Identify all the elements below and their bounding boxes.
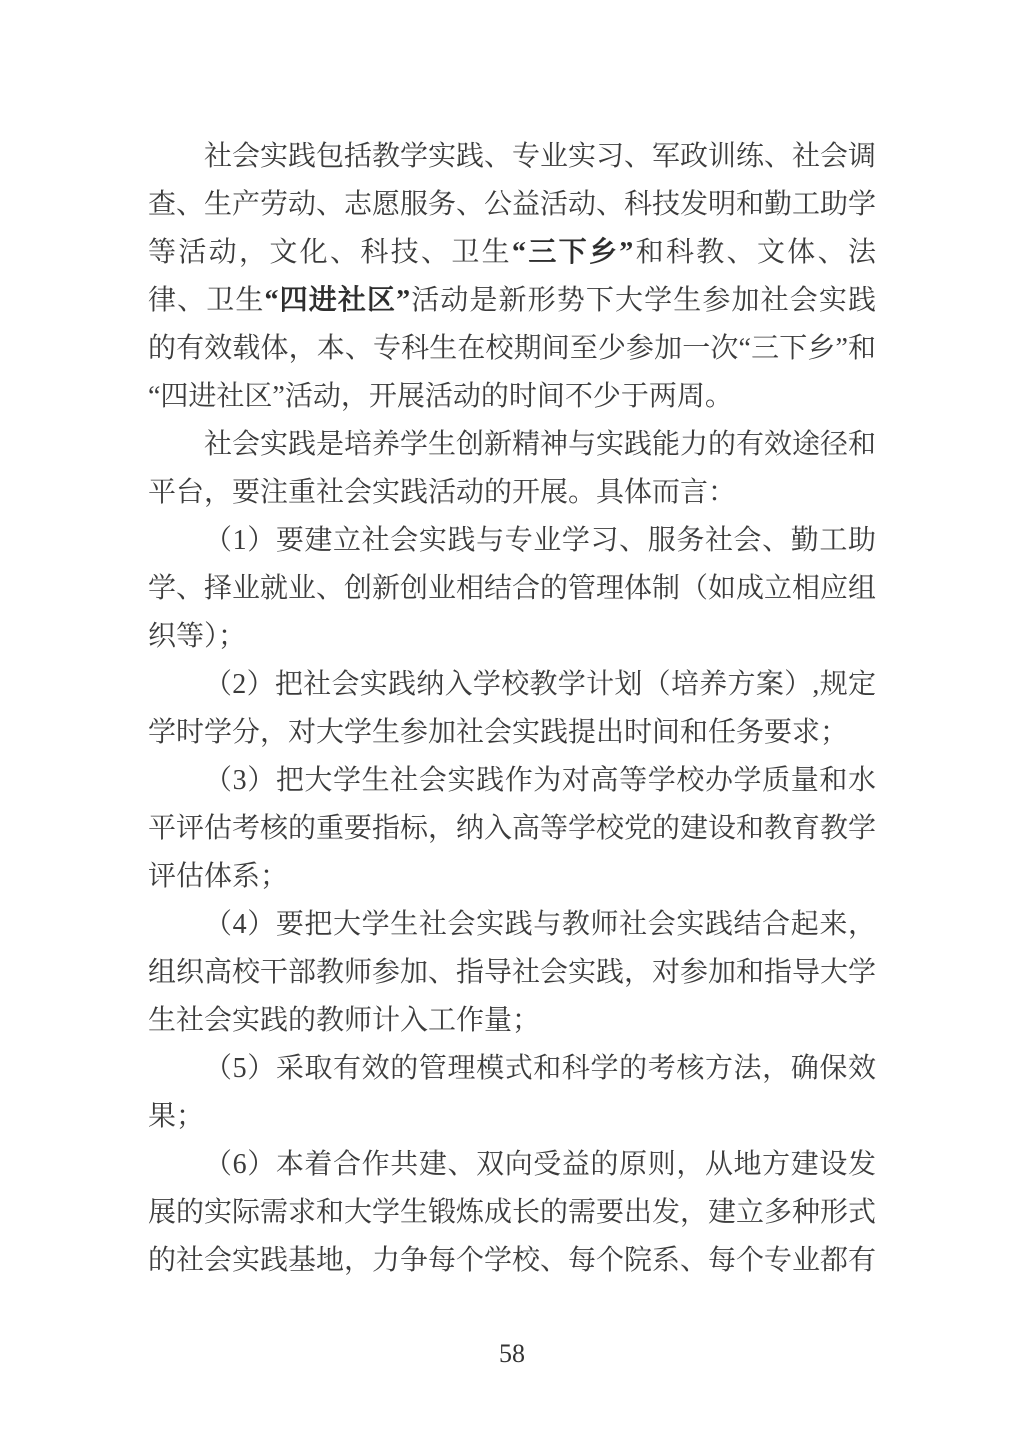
body-text: 社会实践包括教学实践、专业实习、军政训练、社会调查、生产劳动、志愿服务、公益活动… — [148, 133, 876, 1285]
practice-item-1: （1）要建立社会实践与专业学习、服务社会、勤工助学、择业就业、创新创业相结合的管… — [148, 517, 876, 661]
practice-item-6: （6）本着合作共建、双向受益的原则，从地方建设发展的实际需求和大学生锻炼成长的需… — [148, 1141, 876, 1285]
page-number: 58 — [0, 1338, 1024, 1370]
bold-term-sijinshequ: “四进社区” — [264, 285, 410, 316]
bold-term-sanxiaxiang: “三下乡” — [512, 237, 633, 268]
paragraph-overview: 社会实践是培养学生创新精神与实践能力的有效途径和平台，要注重社会实践活动的开展。… — [148, 421, 876, 517]
document-page: 社会实践包括教学实践、专业实习、军政训练、社会调查、生产劳动、志愿服务、公益活动… — [0, 0, 1024, 1448]
practice-item-4: （4）要把大学生社会实践与教师社会实践结合起来，组织高校干部教师参加、指导社会实… — [148, 901, 876, 1045]
practice-item-3: （3）把大学生社会实践作为对高等学校办学质量和水平评估考核的重要指标，纳入高等学… — [148, 757, 876, 901]
practice-item-2: （2）把社会实践纳入学校教学计划（培养方案）,规定学时学分，对大学生参加社会实践… — [148, 661, 876, 757]
practice-item-5: （5）采取有效的管理模式和科学的考核方法，确保效果； — [148, 1045, 876, 1141]
paragraph-intro: 社会实践包括教学实践、专业实习、军政训练、社会调查、生产劳动、志愿服务、公益活动… — [148, 133, 876, 421]
